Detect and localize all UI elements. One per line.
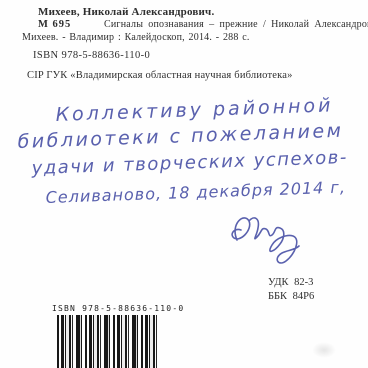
inscription-line-1: Коллективу районной [55, 94, 334, 126]
imprint-line: Михеев. - Владимир : Калейдоскоп, 2014. … [22, 32, 250, 43]
inscription-line-3: удачи и творческих успехов- [31, 147, 348, 179]
inscription-line-2: библиотеки с пожеланием [17, 120, 344, 153]
udk-code: УДК 82-3 [268, 277, 313, 288]
barcode-label: ISBN 978-5-88636-110-0 [52, 304, 184, 313]
cip-line: CIP ГУК «Владимирская областная научная … [27, 70, 293, 81]
title-statement: Сигналы опознавания – прежние / Николай … [104, 19, 368, 30]
call-number: М 695 [38, 19, 104, 30]
bbk-code: ББК 84Р6 [268, 291, 314, 302]
catalog-entry-line: М 695Сигналы опознавания – прежние / Ник… [38, 19, 358, 30]
signature-scribble [223, 208, 313, 270]
scan-smudge [312, 342, 336, 358]
book-copyright-page: Михеев, Николай Александрович. М 695Сигн… [0, 0, 368, 368]
isbn-line: ISBN 978-5-88636-110-0 [33, 50, 150, 61]
author-heading: Михеев, Николай Александрович. [38, 6, 214, 18]
isbn-barcode [57, 315, 158, 368]
inscription-line-4: Селиваново, 18 декабря 2014 г, [45, 178, 346, 207]
